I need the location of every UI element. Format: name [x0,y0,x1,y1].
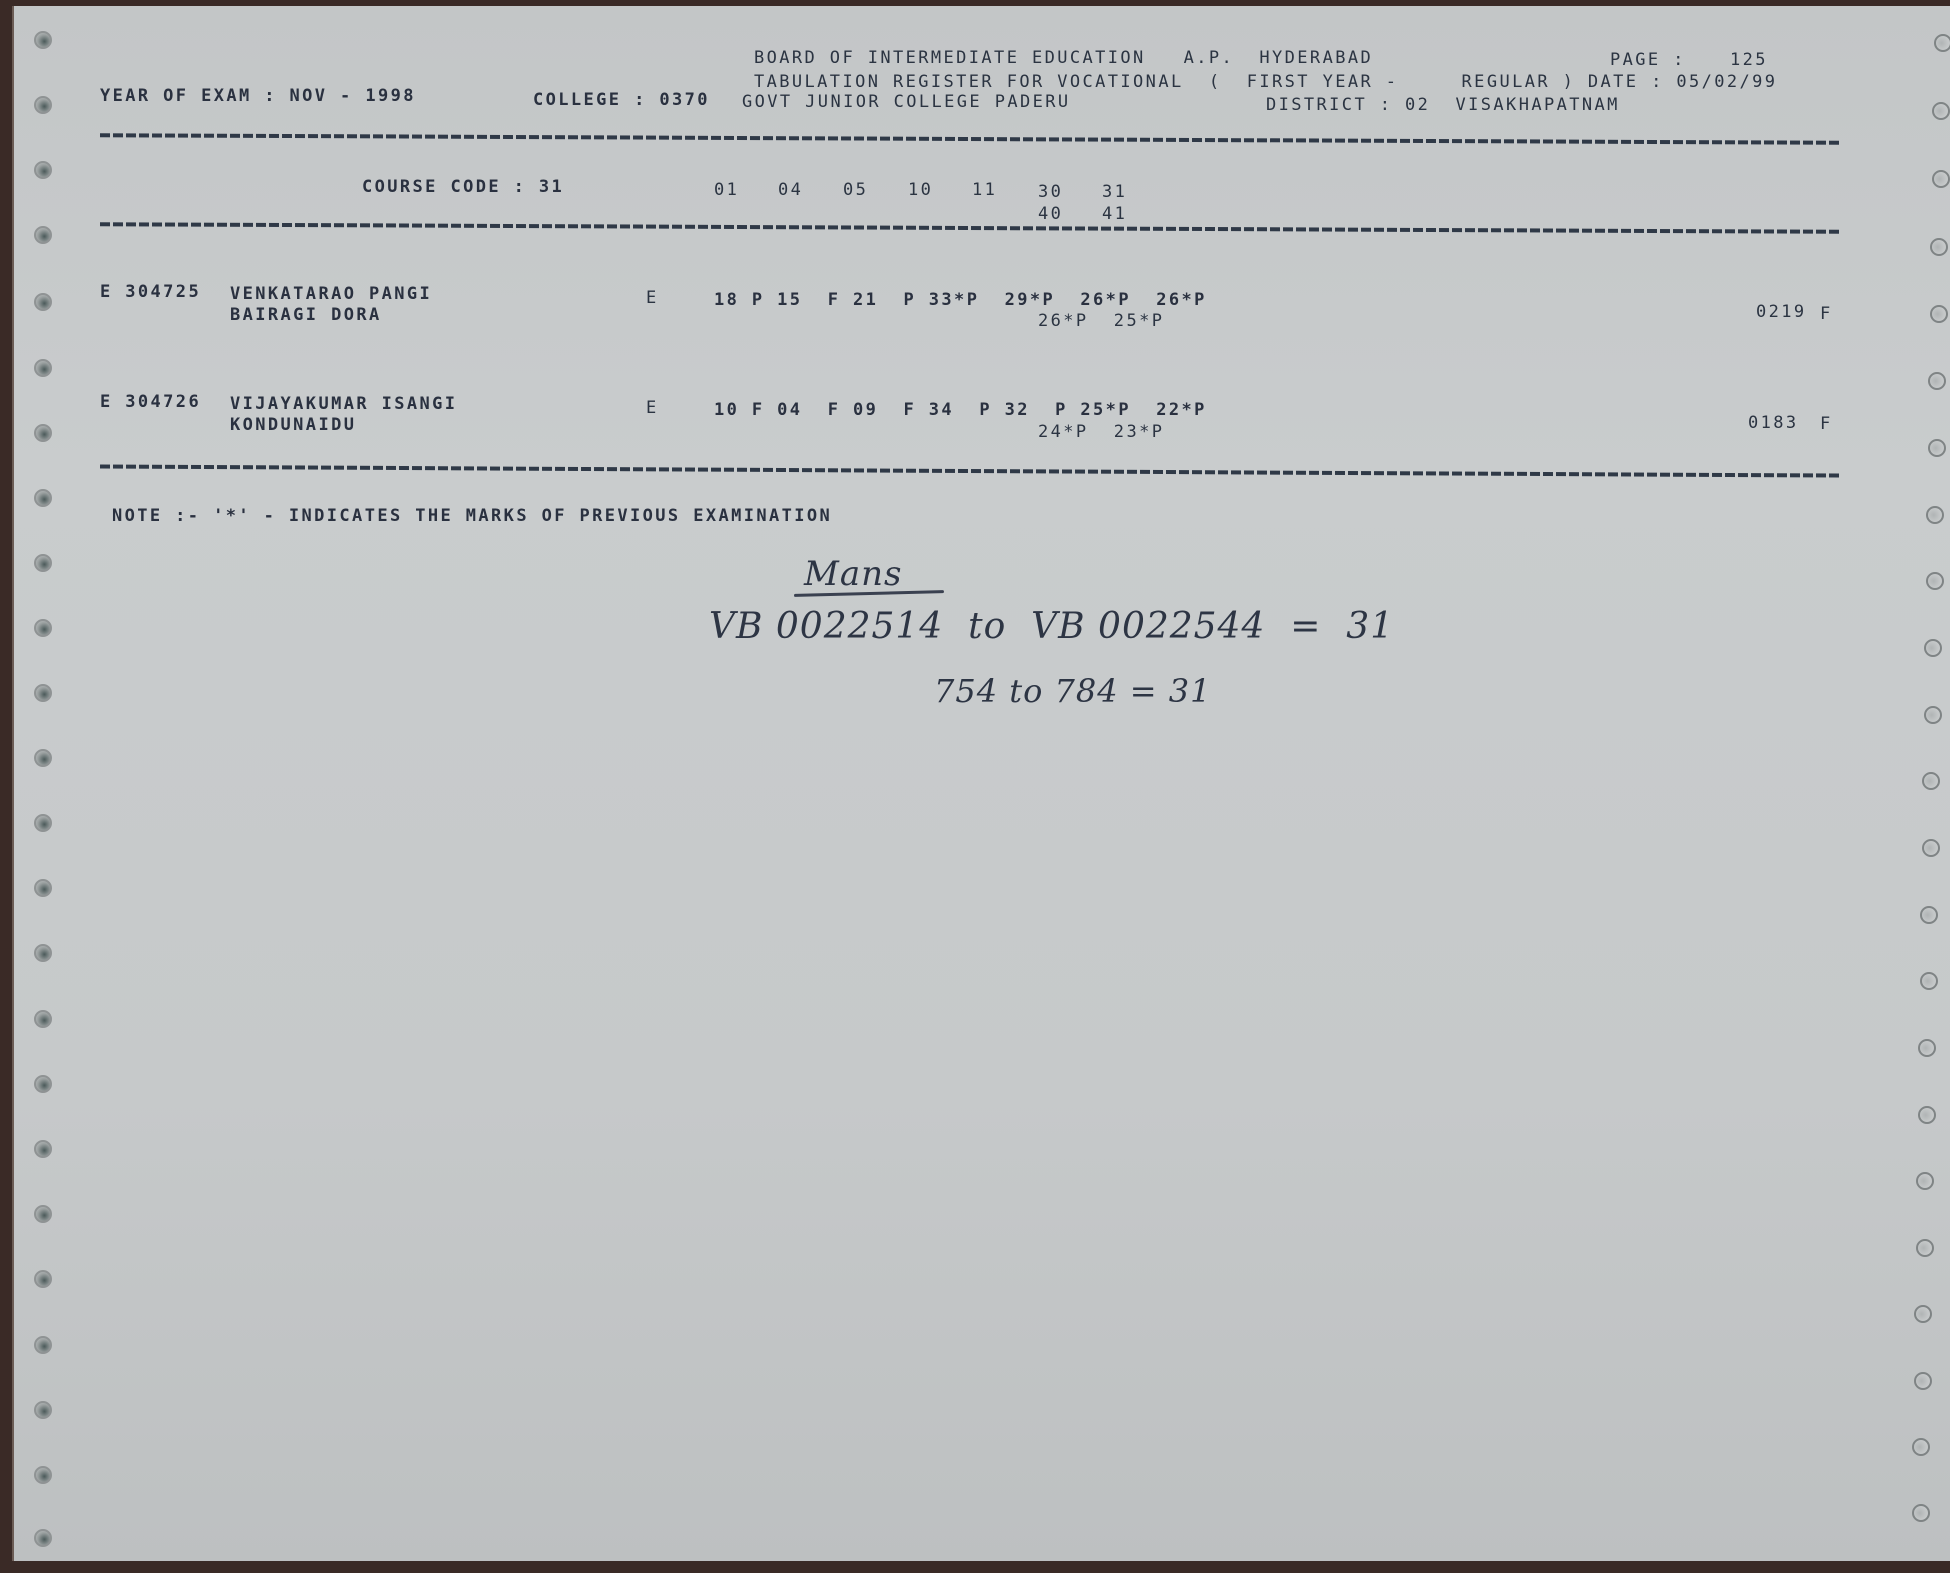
perforation-hole-icon [34,814,52,832]
marks-row: 18 P 15 F 21 P 33*P 29*P 26*P 26*P [714,290,1207,310]
subject-code: 40 [1038,204,1063,224]
perforation-hole-icon [1922,772,1940,790]
result: F [1820,414,1833,434]
student-name: VIJAYAKUMAR ISANGI [230,394,457,414]
total-marks: 0219 [1756,302,1807,322]
subject-code: 01 [714,180,739,200]
subject-code: 10 [908,180,933,200]
subject-code: 41 [1102,204,1127,224]
perforation-hole-icon [1924,706,1942,724]
subject-code: 05 [843,180,868,200]
medium: E [646,398,659,418]
perforation-hole-icon [1928,372,1946,390]
marks-row: 10 F 04 F 09 F 34 P 32 P 25*P 22*P [714,400,1207,420]
perforation-hole-icon [1920,906,1938,924]
perforation-hole-icon [1926,506,1944,524]
total-marks: 0183 [1748,413,1799,433]
perforation-hole-icon [1916,1172,1934,1190]
perforation-hole-icon [34,359,52,377]
student-name-continued: KONDUNAIDU [230,415,356,435]
perforation-hole-icon [1916,1239,1934,1257]
perforation-hole-icon [34,1010,52,1028]
perforation-hole-icon [1930,305,1948,323]
tabulation-register-sheet: BOARD OF INTERMEDIATE EDUCATION A.P. HYD… [12,6,1950,1561]
separator-line [100,464,1840,477]
perforation-hole-icon [34,1336,52,1354]
perforation-hole-icon [34,749,52,767]
subject-code: 31 [1102,182,1127,202]
page-number: 125 [1730,50,1768,70]
separator-line [100,222,1842,234]
perforation-hole-icon [1932,170,1950,188]
perforation-hole-icon [34,1075,52,1093]
perforation-hole-icon [1918,1039,1936,1057]
handwritten-heading: Mans [804,554,902,594]
marks-row: 26*P 25*P [1038,311,1164,331]
perforation-hole-icon [1914,1305,1932,1323]
handwritten-serial-range: VB 0022514 to VB 0022544 = 31 [709,606,1394,647]
perforation-hole-icon [1912,1438,1930,1456]
perforation-hole-icon [34,619,52,637]
student-name: VENKATARAO PANGI [230,284,432,304]
perforation-hole-icon [1912,1504,1930,1522]
perforation-hole-icon [1918,1106,1936,1124]
perforation-hole-icon [1928,439,1946,457]
college-name: GOVT JUNIOR COLLEGE PADERU [742,92,1071,112]
perforation-hole-icon [34,1270,52,1288]
perforation-hole-icon [34,1140,52,1158]
perforation-hole-icon [1926,572,1944,590]
register-title: TABULATION REGISTER FOR VOCATIONAL ( FIR… [754,72,1777,92]
perforation-hole-icon [34,96,52,114]
subject-code: 11 [972,180,997,200]
hall-ticket-number: E 304725 [100,282,201,302]
perforation-hole-icon [34,684,52,702]
page-label: PAGE : [1610,50,1686,70]
perforation-hole-icon [1922,839,1940,857]
medium: E [646,288,659,308]
subject-code: 30 [1038,182,1063,202]
perforation-hole-icon [34,1529,52,1547]
footnote: NOTE :- '*' - INDICATES THE MARKS OF PRE… [112,506,832,526]
perforation-hole-icon [34,31,52,49]
perforation-hole-icon [1924,639,1942,657]
perforation-hole-icon [1932,102,1950,120]
hall-ticket-number: E 304726 [100,392,201,412]
course-code-label: COURSE CODE : 31 [362,177,564,197]
perforation-hole-icon [34,1401,52,1419]
year-of-exam: YEAR OF EXAM : NOV - 1998 [100,86,416,106]
board-title: BOARD OF INTERMEDIATE EDUCATION A.P. HYD… [754,48,1373,68]
handwritten-count: 754 to 784 = 31 [934,672,1212,710]
perforation-hole-icon [34,161,52,179]
perforation-hole-icon [34,944,52,962]
perforation-hole-icon [1914,1372,1932,1390]
perforation-hole-icon [34,489,52,507]
perforation-hole-icon [34,226,52,244]
perforation-hole-icon [1930,238,1948,256]
subject-code: 04 [778,180,803,200]
perforation-hole-icon [34,1466,52,1484]
perforation-hole-icon [34,424,52,442]
separator-line [100,133,1840,145]
district: DISTRICT : 02 VISAKHAPATNAM [1266,95,1620,115]
result: F [1820,304,1833,324]
perforation-hole-icon [1920,972,1938,990]
perforation-hole-icon [1934,34,1950,52]
marks-row: 24*P 23*P [1038,422,1164,442]
perforation-hole-icon [34,1205,52,1223]
student-name-continued: BAIRAGI DORA [230,305,382,325]
perforation-hole-icon [34,879,52,897]
perforation-hole-icon [34,554,52,572]
perforation-hole-icon [34,293,52,311]
college-code: COLLEGE : 0370 [533,90,710,110]
